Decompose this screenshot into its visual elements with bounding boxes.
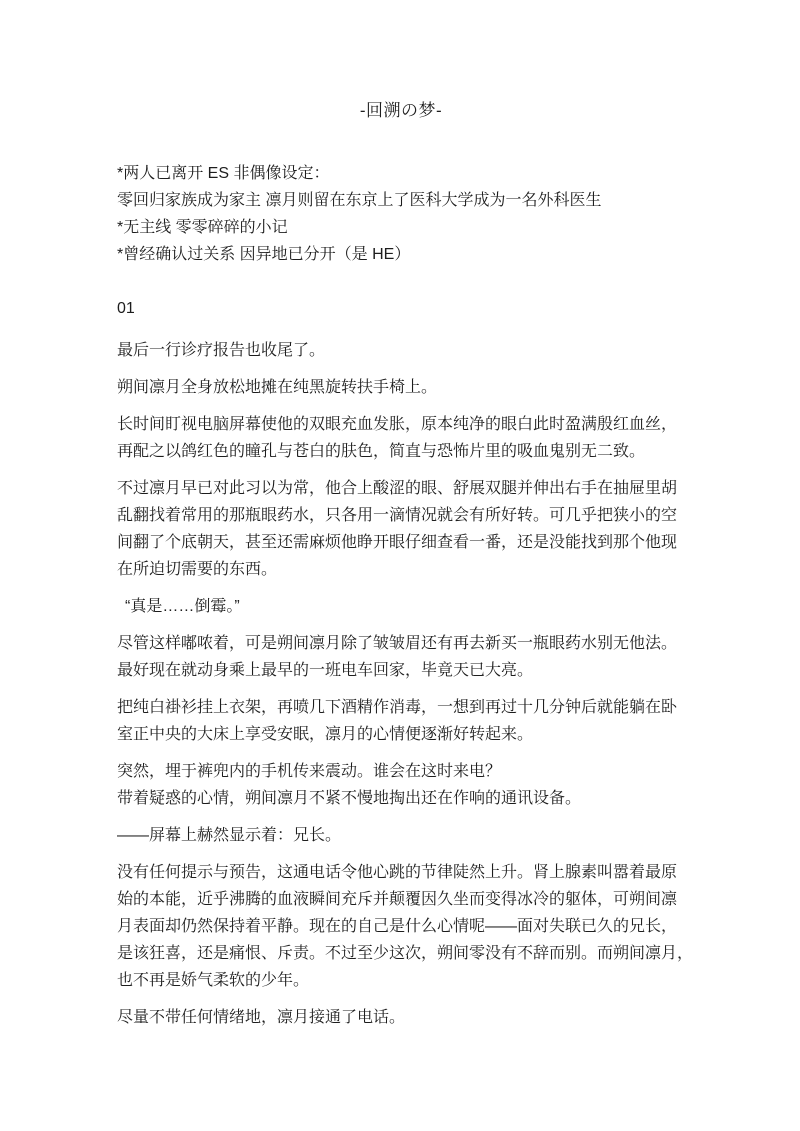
- text-line: 始的本能，近乎沸腾的血液瞬间充斥并颠覆因久坐而变得冰冷的躯体，可朔间凛: [117, 886, 685, 913]
- paragraph: 没有任何提示与预告，这通电话令他心跳的节律陡然上升。肾上腺素叫嚣着最原始的本能，…: [117, 859, 685, 994]
- paragraph: 尽管这样嘟哝着，可是朔间凛月除了皱皱眉还有再去新买一瓶眼药水别无他法。最好现在就…: [117, 630, 685, 684]
- paragraph: 突然，埋于裤兜内的手机传来震动。谁会在这时来电？带着疑惑的心情，朔间凛月不紧不慢…: [117, 758, 685, 812]
- text-line: 长时间盯视电脑屏幕使他的双眼充血发胀，原本纯净的眼白此时盈满殷红血丝，: [117, 411, 685, 438]
- paragraph: 长时间盯视电脑屏幕使他的双眼充血发胀，原本纯净的眼白此时盈满殷红血丝，再配之以鸽…: [117, 411, 685, 465]
- note-line: *曾经确认过关系 因异地已分开（是 HE）: [117, 241, 685, 268]
- text-line: 在所迫切需要的东西。: [117, 556, 685, 583]
- paragraph: 不过凛月早已对此习以为常，他合上酸涩的眼、舒展双腿并伸出右手在抽屉里胡乱翻找着常…: [117, 475, 685, 583]
- text-line: 最后一行诊疗报告也收尾了。: [117, 337, 685, 364]
- text-line: 突然，埋于裤兜内的手机传来震动。谁会在这时来电？: [117, 758, 685, 785]
- text-line: 不过凛月早已对此习以为常，他合上酸涩的眼、舒展双腿并伸出右手在抽屉里胡: [117, 475, 685, 502]
- paragraph: 最后一行诊疗报告也收尾了。: [117, 337, 685, 364]
- text-line: “真是……倒霉。”: [117, 593, 685, 620]
- text-line: 把纯白褂衫挂上衣架，再喷几下酒精作消毒，一想到再过十几分钟后就能躺在卧: [117, 694, 685, 721]
- paragraph: “真是……倒霉。”: [117, 593, 685, 620]
- text-line: 月表面却仍然保持着平静。现在的自己是什么心情呢——面对失联已久的兄长，: [117, 913, 685, 940]
- document-page: -回溯の梦- *两人已离开 ES 非偶像设定：零回归家族成为家主 凛月则留在东京…: [0, 0, 800, 1131]
- text-line: 最好现在就动身乘上最早的一班电车回家，毕竟天已大亮。: [117, 657, 685, 684]
- text-line: 尽量不带任何情绪地，凛月接通了电话。: [117, 1004, 685, 1031]
- text-line: 没有任何提示与预告，这通电话令他心跳的节律陡然上升。肾上腺素叫嚣着最原: [117, 859, 685, 886]
- note-line: *无主线 零零碎碎的小记: [117, 214, 685, 241]
- text-line: 再配之以鸽红色的瞳孔与苍白的肤色，简直与恐怖片里的吸血鬼别无二致。: [117, 438, 685, 465]
- section-number: 01: [117, 295, 685, 322]
- paragraph: 把纯白褂衫挂上衣架，再喷几下酒精作消毒，一想到再过十几分钟后就能躺在卧室正中央的…: [117, 694, 685, 748]
- text-line: 也不再是娇气柔软的少年。: [117, 967, 685, 994]
- header-notes: *两人已离开 ES 非偶像设定：零回归家族成为家主 凛月则留在东京上了医科大学成…: [117, 160, 685, 268]
- text-line: 尽管这样嘟哝着，可是朔间凛月除了皱皱眉还有再去新买一瓶眼药水别无他法。: [117, 630, 685, 657]
- paragraph: ——屏幕上赫然显示着：兄长。: [117, 822, 685, 849]
- note-line: *两人已离开 ES 非偶像设定：: [117, 160, 685, 187]
- document-title: -回溯の梦-: [117, 97, 685, 124]
- text-line: 朔间凛月全身放松地摊在纯黑旋转扶手椅上。: [117, 374, 685, 401]
- paragraph: 尽量不带任何情绪地，凛月接通了电话。: [117, 1004, 685, 1031]
- note-line: 零回归家族成为家主 凛月则留在东京上了医科大学成为一名外科医生: [117, 187, 685, 214]
- paragraph: 朔间凛月全身放松地摊在纯黑旋转扶手椅上。: [117, 374, 685, 401]
- text-line: 乱翻找着常用的那瓶眼药水，只各用一滴情况就会有所好转。可几乎把狭小的空: [117, 502, 685, 529]
- text-line: 室正中央的大床上享受安眠，凛月的心情便逐渐好转起来。: [117, 721, 685, 748]
- text-line: 是该狂喜，还是痛恨、斥责。不过至少这次，朔间零没有不辞而别。而朔间凛月，: [117, 940, 685, 967]
- text-line: 间翻了个底朝天，甚至还需麻烦他睁开眼仔细查看一番，还是没能找到那个他现: [117, 529, 685, 556]
- text-line: ——屏幕上赫然显示着：兄长。: [117, 822, 685, 849]
- text-line: 带着疑惑的心情，朔间凛月不紧不慢地掏出还在作响的通讯设备。: [117, 785, 685, 812]
- document-body: 最后一行诊疗报告也收尾了。朔间凛月全身放松地摊在纯黑旋转扶手椅上。长时间盯视电脑…: [117, 337, 685, 1031]
